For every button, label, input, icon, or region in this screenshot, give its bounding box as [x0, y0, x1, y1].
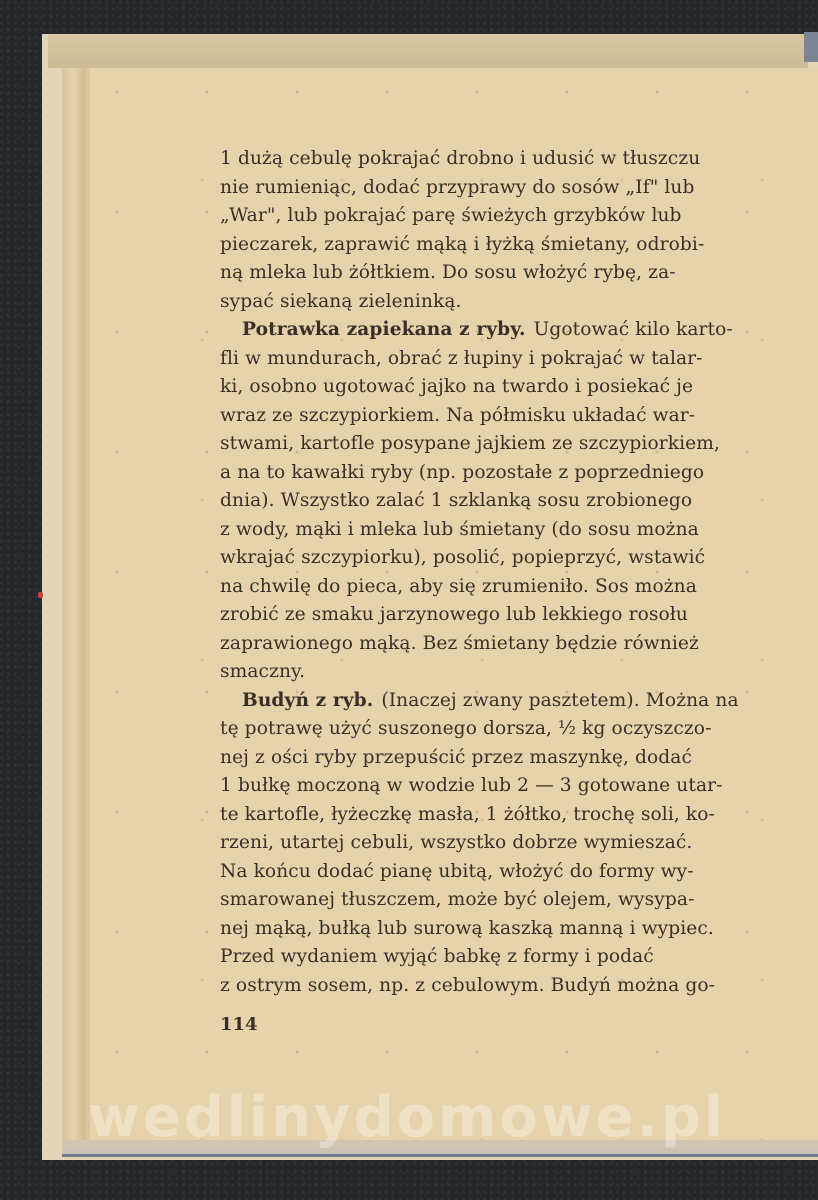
text-line: ną mleka lub żółtkiem. Do sosu włożyć ry… [220, 259, 780, 288]
text-line: z ostrym sosem, np. z cebulowym. Budyń m… [220, 972, 780, 1001]
text-line: Przed wydaniem wyjąć babkę z formy i pod… [220, 943, 780, 972]
text-line: pieczarek, zaprawić mąką i łyżką śmietan… [220, 231, 780, 260]
cover-binding-strip [804, 32, 818, 62]
recipe-title: Budyń z ryb. [242, 687, 373, 716]
text-line: „War", lub pokrajać parę świeżych grzybk… [220, 202, 780, 231]
text-line: nej mąką, bułką lub surową kaszką manną … [220, 915, 780, 944]
watermark: wedlinydomowe.pl [88, 1085, 726, 1150]
page-edges [62, 68, 92, 1148]
text-line: zaprawionego mąką. Bez śmietany będzie r… [220, 630, 780, 659]
text-line: nie rumieniąc, dodać przyprawy do sosów … [220, 174, 780, 203]
text-line: rzeni, utartej cebuli, wszystko dobrze w… [220, 829, 780, 858]
text-line: wraz ze szczypiorkiem. Na półmisku układ… [220, 402, 780, 431]
text-line: Na końcu dodać pianę ubitą, włożyć do fo… [220, 858, 780, 887]
paragraph-heading-line: Potrawka zapiekana z ryby. Ugotować kilo… [220, 316, 780, 345]
text-line: zrobić ze smaku jarzynowego lub lekkiego… [220, 601, 780, 630]
text-line: sypać siekaną zieleninką. [220, 288, 780, 317]
text-line: z wody, mąki i mleka lub śmietany (do so… [220, 516, 780, 545]
text-line: na chwilę do pieca, aby się zrumieniło. … [220, 573, 780, 602]
text-line: wkrajać szczypiorku), posolić, popieprzy… [220, 544, 780, 573]
text-line: 1 dużą cebulę pokrajać drobno i udusić w… [220, 145, 780, 174]
text-line: smarowanej tłuszczem, może być olejem, w… [220, 886, 780, 915]
text-line: tę potrawę użyć suszonego dorsza, ½ kg o… [220, 715, 780, 744]
text-line: fli w mundurach, obrać z łupiny i pokraj… [220, 345, 780, 374]
text-line: a na to kawałki ryby (np. pozostałe z po… [220, 459, 780, 488]
text-line: 1 bułkę moczoną w wodzie lub 2 — 3 gotow… [220, 772, 780, 801]
cover-fold [48, 34, 808, 68]
recipe-title: Potrawka zapiekana z ryby. [242, 316, 526, 345]
text-line: ki, osobno ugotować jajko na twardo i po… [220, 373, 780, 402]
text-line: dnia). Wszystko zalać 1 szklanką sosu zr… [220, 487, 780, 516]
red-mark [38, 592, 43, 598]
text-line: Ugotować kilo karto- [534, 316, 733, 345]
text-line: te kartofle, łyżeczkę masła, 1 żółtko, t… [220, 801, 780, 830]
text-line: (Inaczej zwany pasztetem). Można na [381, 687, 738, 716]
text-line: stwami, kartofle posypane jajkiem ze szc… [220, 430, 780, 459]
page-number: 114 [220, 1014, 258, 1035]
text-line: smaczny. [220, 658, 780, 687]
paragraph-heading-line: Budyń z ryb. (Inaczej zwany pasztetem). … [220, 687, 780, 716]
page-text: 1 dużą cebulę pokrajać drobno i udusić w… [220, 145, 780, 1000]
text-line: nej z ości ryby przepuścić przez maszynk… [220, 744, 780, 773]
